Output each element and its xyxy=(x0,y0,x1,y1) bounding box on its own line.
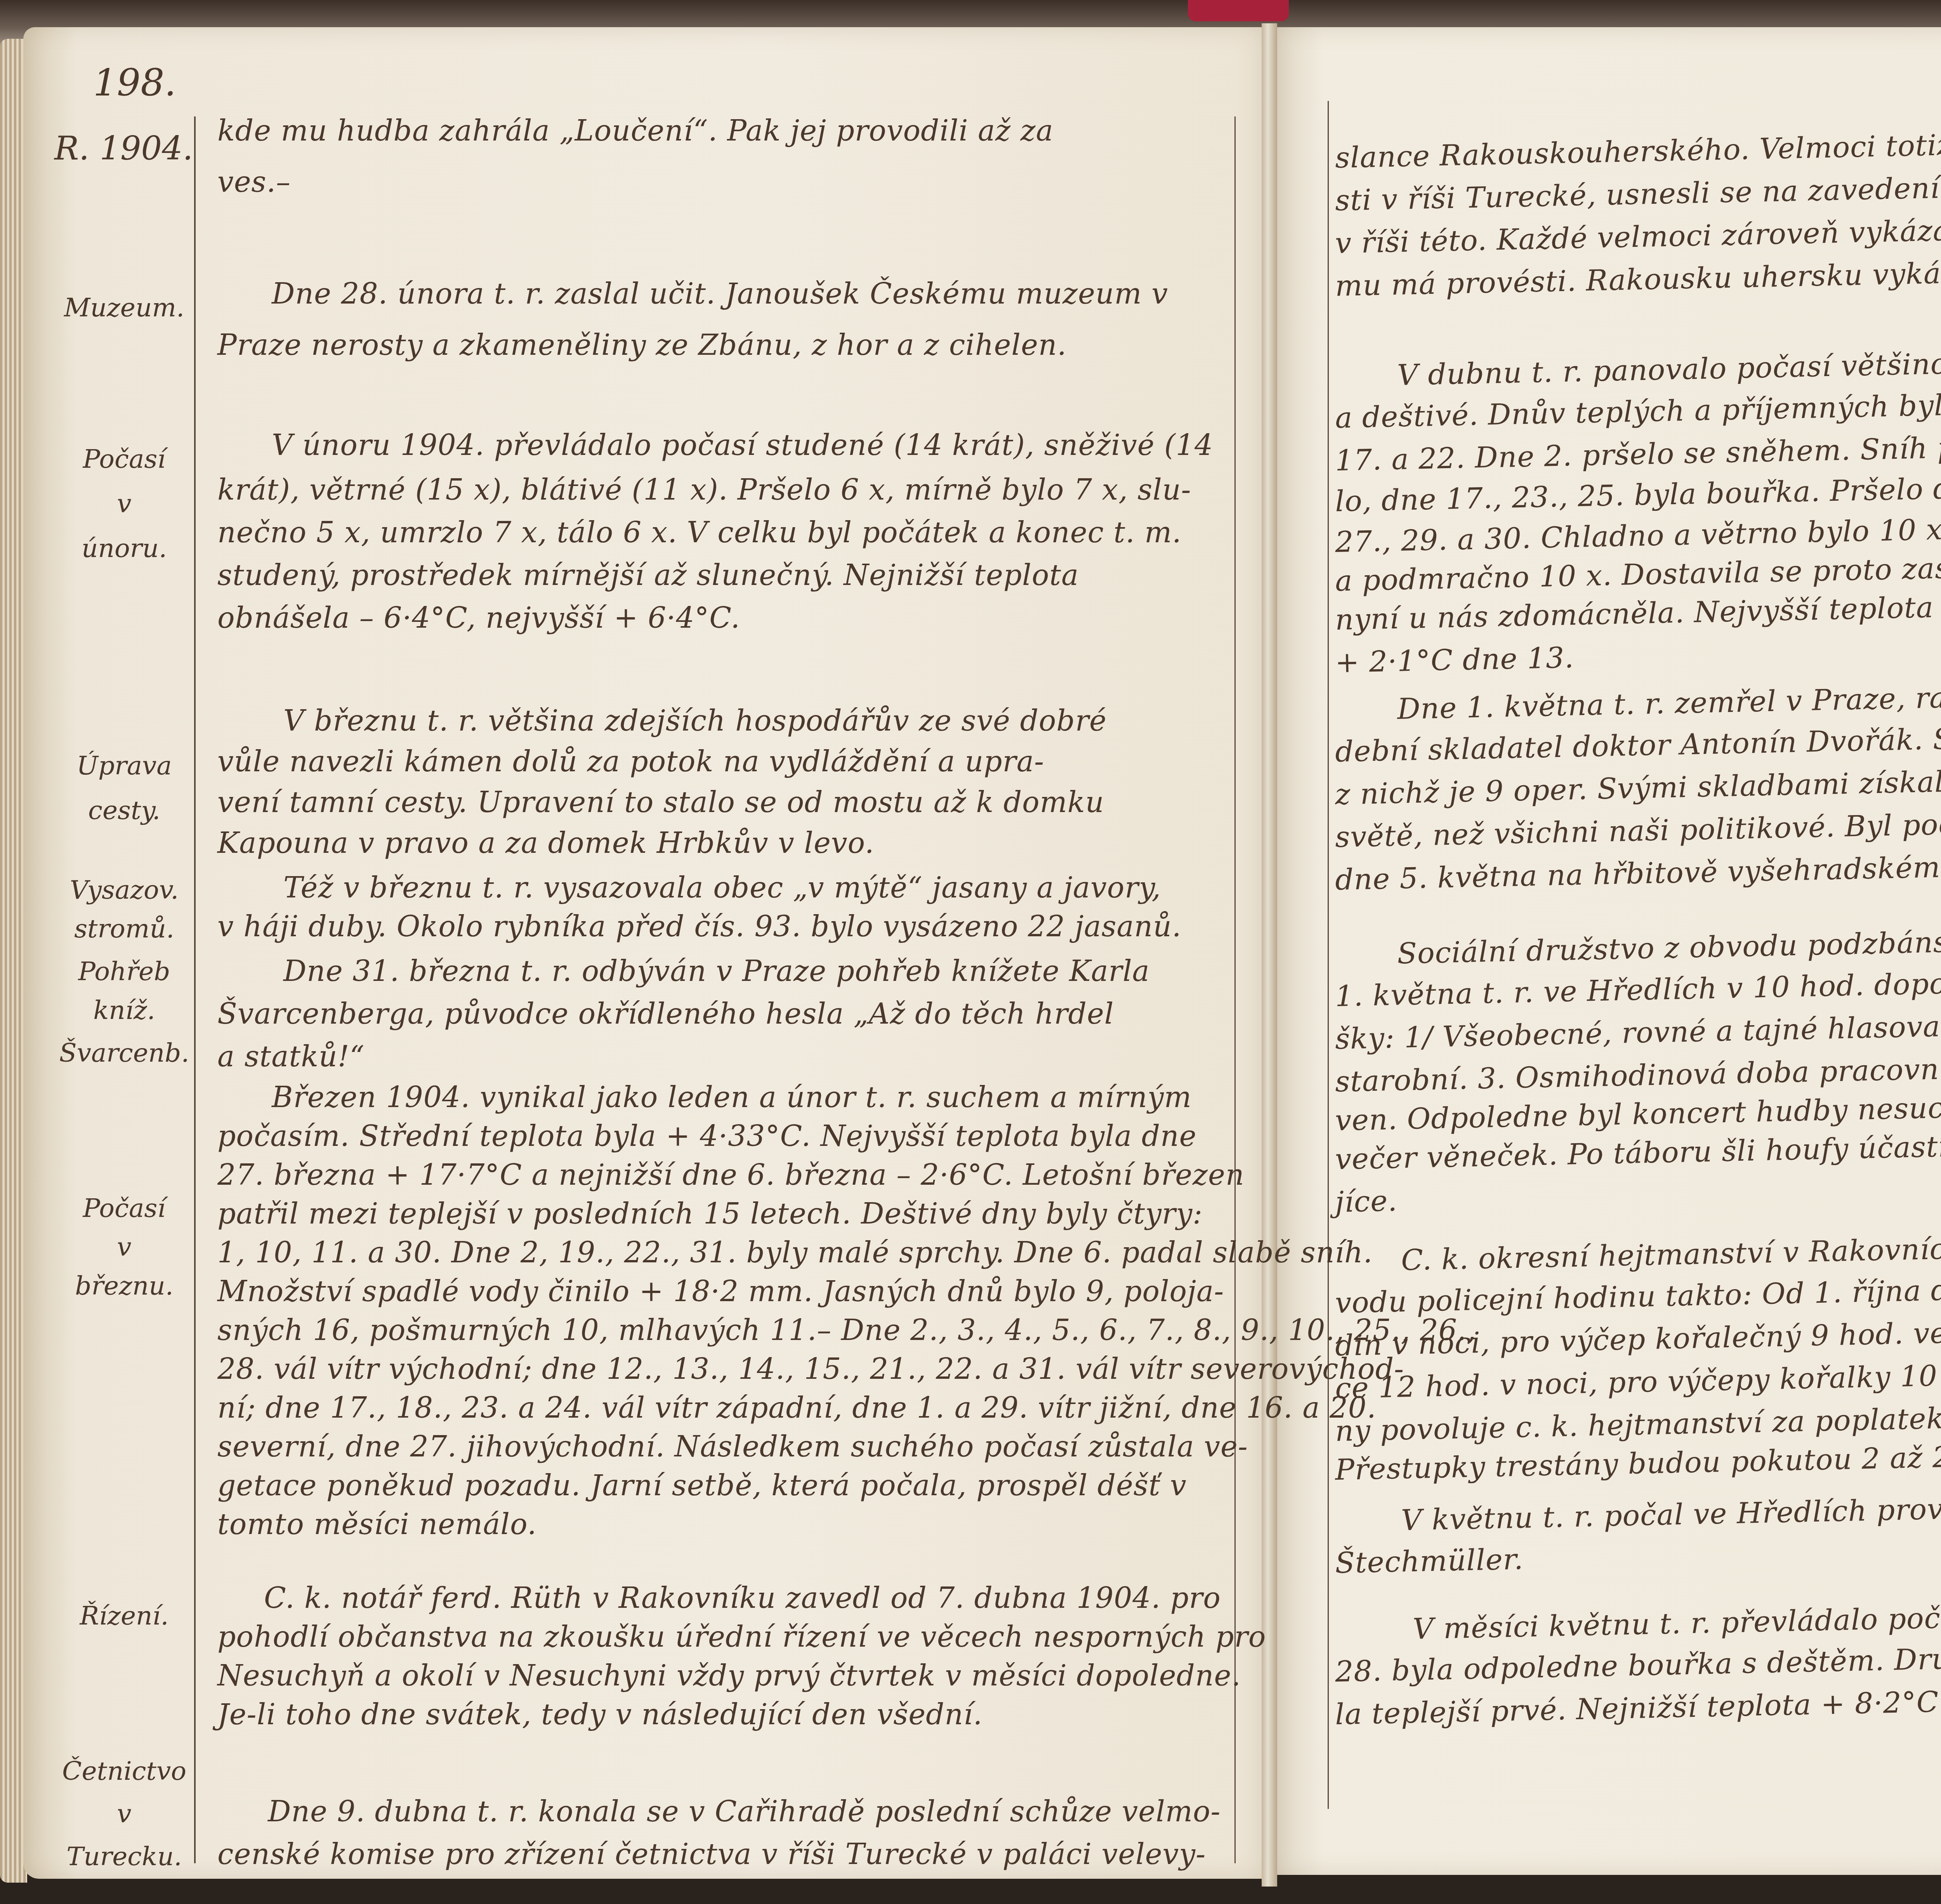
book-gutter xyxy=(1262,23,1277,1887)
right-text-line: Štechmüller. xyxy=(1335,1545,1524,1578)
left-text-line: Švarcenberga, původce okřídleného hesla … xyxy=(217,1000,1114,1028)
page-number-198: 198. xyxy=(93,64,176,101)
margin-note-vysazov-stromu: stromů. xyxy=(58,916,190,942)
left-text-line: 27. března + 17·7°C a nejnižší dne 6. bř… xyxy=(217,1161,1245,1189)
margin-note-pocasi-unor: v xyxy=(58,491,190,517)
left-text-line: severní, dne 27. jihovýchodní. Následkem… xyxy=(217,1432,1248,1461)
margin-note-pocasi-brezen: Počasí xyxy=(58,1196,190,1221)
margin-note-pocasi-brezen: březnu. xyxy=(58,1273,190,1299)
left-text-line: studený, prostředek mírnější až slunečný… xyxy=(217,561,1079,590)
left-text-line: sných 16, pošmurných 10, mlhavých 11.– D… xyxy=(217,1316,1476,1345)
left-text-line: obnášela – 6·4°C, nejvyšší + 6·4°C. xyxy=(217,604,740,632)
left-text-line: ní; dne 17., 18., 23. a 24. vál vítr záp… xyxy=(217,1394,1376,1422)
margin-note-pocasi-brezen: v xyxy=(58,1234,190,1260)
left-text-line: Nesuchyň a okolí v Nesuchyni vždy prvý č… xyxy=(217,1661,1241,1690)
left-text-line: Množství spadlé vody činilo + 18·2 mm. J… xyxy=(217,1277,1224,1306)
margin-note-pocasi-unor: únoru. xyxy=(58,536,190,561)
left-text-line: C. k. notář ferd. Rüth v Rakovníku zaved… xyxy=(264,1584,1221,1612)
left-text-line: pohodlí občanstva na zkoušku úřední říze… xyxy=(217,1623,1266,1651)
left-page-right-rule xyxy=(1234,116,1236,1863)
left-text-line: Praze nerosty a zkameněliny ze Zbánu, z … xyxy=(217,331,1067,359)
left-text-line: Též v březnu t. r. vysazovala obec „v mý… xyxy=(283,873,1161,902)
left-text-line: v háji duby. Okolo rybníka před čís. 93.… xyxy=(217,912,1181,941)
left-text-line: Kapouna v pravo a za domek Hrbkův v levo… xyxy=(217,829,874,857)
margin-note-cetnictvo: v xyxy=(58,1801,190,1827)
left-text-line: počasím. Střední teplota byla + 4·33°C. … xyxy=(217,1122,1197,1151)
left-text-line: vůle navezli kámen dolů za potok na vydl… xyxy=(217,747,1044,776)
left-text-line: a statků!“ xyxy=(217,1042,365,1071)
left-text-line: V březnu t. r. většina zdejších hospodář… xyxy=(283,706,1107,735)
left-text-line: krát), větrné (15 x), blátivé (11 x). Pr… xyxy=(217,476,1191,504)
bookmark-ribbon xyxy=(1188,0,1289,21)
margin-note-cetnictvo: Turecku. xyxy=(58,1844,190,1869)
right-text-line: jíce. xyxy=(1335,1187,1398,1217)
left-margin-rule xyxy=(194,116,196,1863)
left-text-line: vení tamní cesty. Upravení to stalo se o… xyxy=(217,788,1104,817)
left-text-line: Dne 9. dubna t. r. konala se v Cařihradě… xyxy=(268,1797,1221,1826)
right-page-left-rule xyxy=(1328,101,1329,1809)
left-text-line: censké komise pro zřízení četnictva v ří… xyxy=(217,1840,1206,1869)
left-text-line: 1, 10, 11. a 30. Dne 2, 19., 22., 31. by… xyxy=(217,1238,1373,1267)
margin-note-vysazov-stromu: Vysazov. xyxy=(58,877,190,903)
right-text-line: + 2·1°C dne 13. xyxy=(1335,643,1574,677)
margin-note-pohreb: Pohřeb xyxy=(58,959,190,984)
margin-note-cetnictvo: Četnictvo xyxy=(58,1758,190,1784)
left-text-line: 28. vál vítr východní; dne 12., 13., 14.… xyxy=(217,1355,1404,1383)
margin-note-rizeni: Řízení. xyxy=(58,1603,190,1629)
left-text-line: Je-li toho dne svátek, tedy v následujíc… xyxy=(217,1700,983,1729)
left-text-line: nečno 5 x, umrzlo 7 x, tálo 6 x. V celku… xyxy=(217,518,1182,547)
left-text-line: ves.– xyxy=(217,168,291,196)
margin-note-pohreb: kníž. xyxy=(58,998,190,1023)
left-text-line: Březen 1904. vynikal jako leden a únor t… xyxy=(272,1083,1192,1112)
left-text-line: patřil mezi teplejší v posledních 15 let… xyxy=(217,1199,1203,1228)
margin-note-pocasi-unor: Počasí xyxy=(58,446,190,472)
left-text-line: V únoru 1904. převládalo počasí studené … xyxy=(272,431,1213,460)
margin-note-pohreb: Švarcenb. xyxy=(58,1040,190,1066)
left-text-line: kde mu hudba zahrála „Loučení“. Pak jej … xyxy=(217,116,1054,145)
margin-note-uprava-cesty: cesty. xyxy=(58,798,190,823)
margin-note-uprava-cesty: Úprava xyxy=(58,753,190,779)
left-text-line: getace poněkud pozadu. Jarní setbě, kter… xyxy=(217,1471,1187,1500)
year-marker-left: R. 1904. xyxy=(54,132,193,165)
margin-note-muzeum: Muzeum. xyxy=(58,295,190,321)
left-text-line: Dne 31. března t. r. odbýván v Praze poh… xyxy=(283,957,1150,986)
left-text-line: Dne 28. února t. r. zaslal učit. Janouše… xyxy=(272,279,1168,308)
left-text-line: tomto měsíci nemálo. xyxy=(217,1510,537,1539)
